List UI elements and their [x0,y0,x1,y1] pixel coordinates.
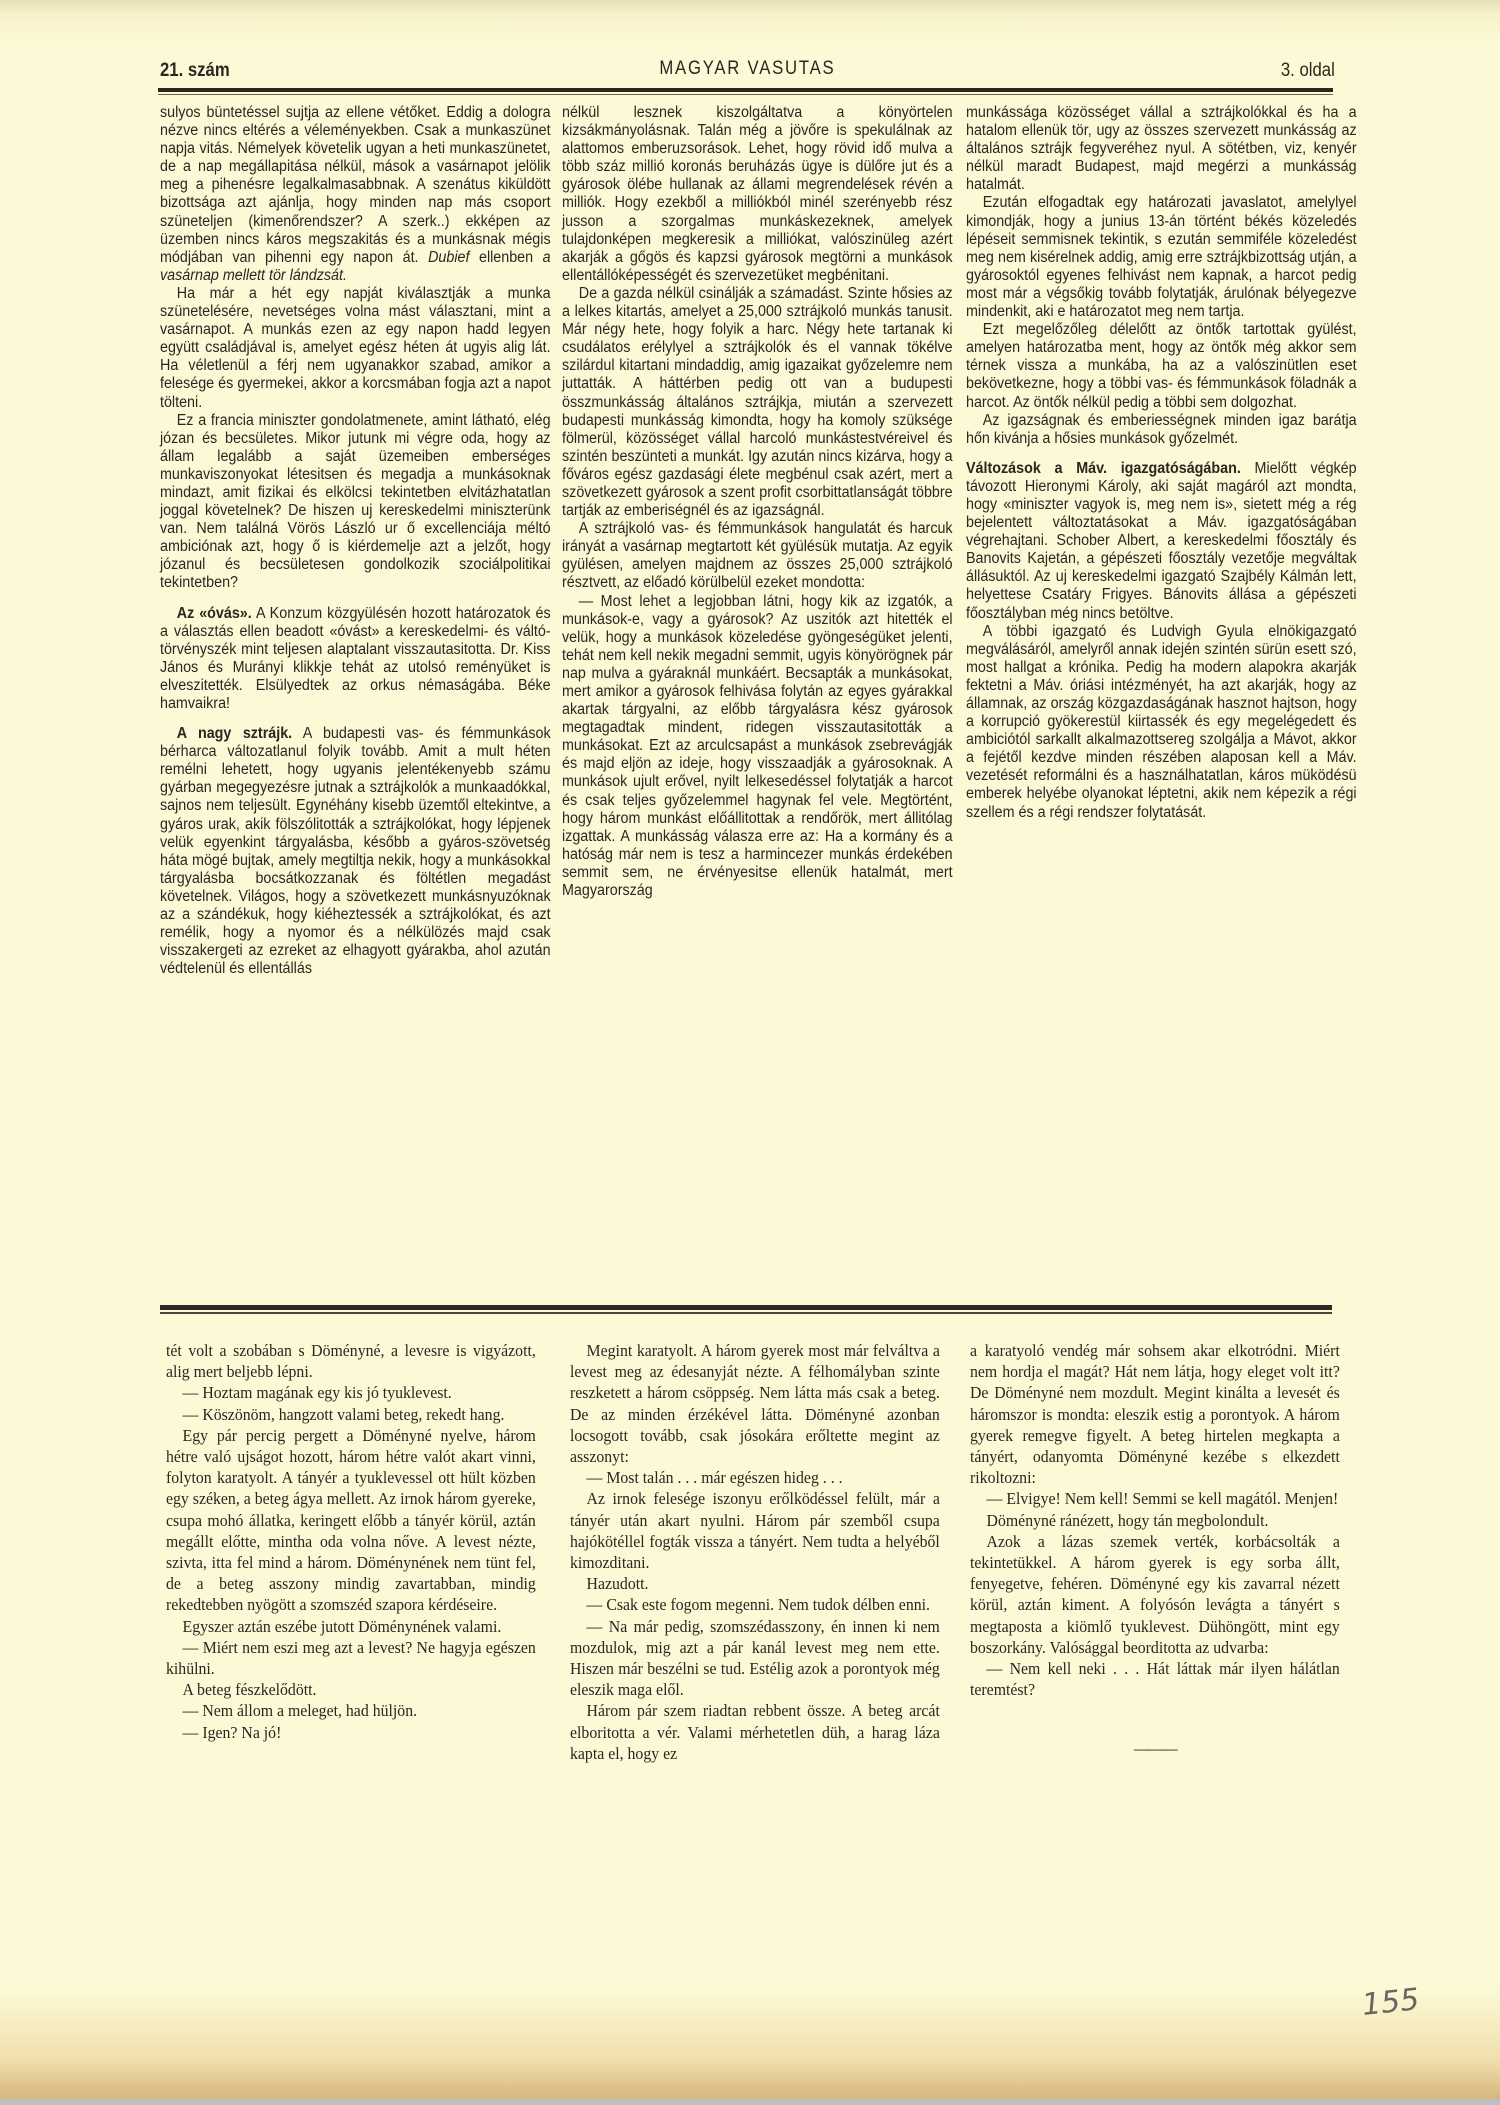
masthead-title: MAGYAR VASUTAS [160,58,1335,80]
paragraph: — Nem kell neki . . . Hát láttak már ily… [970,1658,1340,1700]
paragraph: — Most talán . . . már egészen hideg . .… [570,1467,940,1488]
paragraph: tét volt a szobában s Döményné, a levesr… [166,1340,536,1382]
section-paragraph: A nagy sztrájk. A budapesti vas- és fémm… [160,725,551,978]
paragraph: — Csak este fogom megenni. Nem tudok dél… [570,1594,940,1615]
paragraph: Egy pár percig pergett a Döményné nyelve… [166,1425,536,1616]
paragraph: Döményné ránézett, hogy tán megbolondult… [970,1510,1340,1531]
article-column-1: sulyos büntetéssel sujtja az ellene vétő… [160,104,551,978]
paragraph: Megint karatyolt. A három gyerek most má… [570,1340,940,1467]
paragraph: — Na már pedig, szomszédasszony, én inne… [570,1616,940,1701]
paragraph: Ha már a hét egy napját kiválasztják a m… [160,285,551,412]
paragraph: — Nem állom a meleget, had hüljön. [166,1700,536,1721]
paragraph: — Miért nem eszi meg azt a levest? Ne ha… [166,1637,536,1679]
section-divider-rule [160,1305,1332,1310]
paragraph: A beteg fészkelődött. [166,1679,536,1700]
paragraph: Egyszer aztán eszébe jutott Döménynének … [166,1616,536,1637]
paragraph: — Köszönöm, hangzott valami beteg, reked… [166,1404,536,1425]
paragraph: Az igazságnak és emberiességnek minden i… [966,412,1357,448]
paragraph: De a gazda nélkül csinálják a számadást.… [562,285,953,520]
newspaper-page: 21. szám MAGYAR VASUTAS 3. oldal sulyos … [0,0,1500,2105]
story-column-1: tét volt a szobában s Döményné, a levesr… [166,1340,536,1743]
section-paragraph: Változások a Máv. igazgatóságában. Mielő… [966,460,1357,623]
paragraph: — Igen? Na jó! [166,1722,536,1743]
paragraph: a karatyoló vendég már sohsem akar elkot… [970,1340,1340,1488]
page-header: 21. szám MAGYAR VASUTAS 3. oldal [160,58,1335,84]
handwritten-page-number: 155 [1360,1982,1421,2023]
article-column-2: nélkül lesznek kiszolgáltatva a könyörte… [562,104,953,900]
paragraph: Ez a francia miniszter gondolatmenete, a… [160,412,551,593]
paragraph: — Elvigye! Nem kell! Semmi se kell magát… [970,1488,1340,1509]
story-end-mark: ——— [970,1738,1340,1759]
story-column-3: a karatyoló vendég már sohsem akar elkot… [970,1340,1340,1760]
section-heading: Változások a Máv. igazgatóságában. [966,460,1241,477]
paragraph: A többi igazgató és Ludvigh Gyula elnöki… [966,623,1357,822]
paragraph: Három pár szem riadtan rebbent össze. A … [570,1700,940,1764]
paragraph: Azok a lázas szemek verték, korbácsolták… [970,1531,1340,1658]
story-column-2: Megint karatyolt. A három gyerek most má… [570,1340,940,1764]
paragraph: munkássága közösséget vállal a sztrájkol… [966,104,1357,194]
section-heading: Az «óvás». [177,605,252,622]
paragraph: sulyos büntetéssel sujtja az ellene vétő… [160,104,551,285]
paragraph: Az irnok felesége iszonyu erőlködéssel f… [570,1488,940,1573]
page-label: 3. oldal [1281,60,1335,82]
section-paragraph: Az «óvás». A Konzum közgyülésén hozott h… [160,605,551,714]
article-column-3: munkássága közösséget vállal a sztrájkol… [966,104,1357,822]
paragraph: nélkül lesznek kiszolgáltatva a könyörte… [562,104,953,285]
paragraph: A sztrájkoló vas- és fémmunkások hangula… [562,520,953,592]
paragraph: Hazudott. [570,1573,940,1594]
paragraph: — Hoztam magának egy kis jó tyuklevest. [166,1382,536,1403]
section-heading: A nagy sztrájk. [177,725,292,742]
paragraph: Ezután elfogadtak egy határozati javasla… [966,194,1357,321]
header-rule [158,88,1333,92]
paragraph: Ezt megelőzőleg délelőtt az öntők tartot… [966,321,1357,411]
paragraph: — Most lehet a legjobban látni, hogy kik… [562,593,953,901]
